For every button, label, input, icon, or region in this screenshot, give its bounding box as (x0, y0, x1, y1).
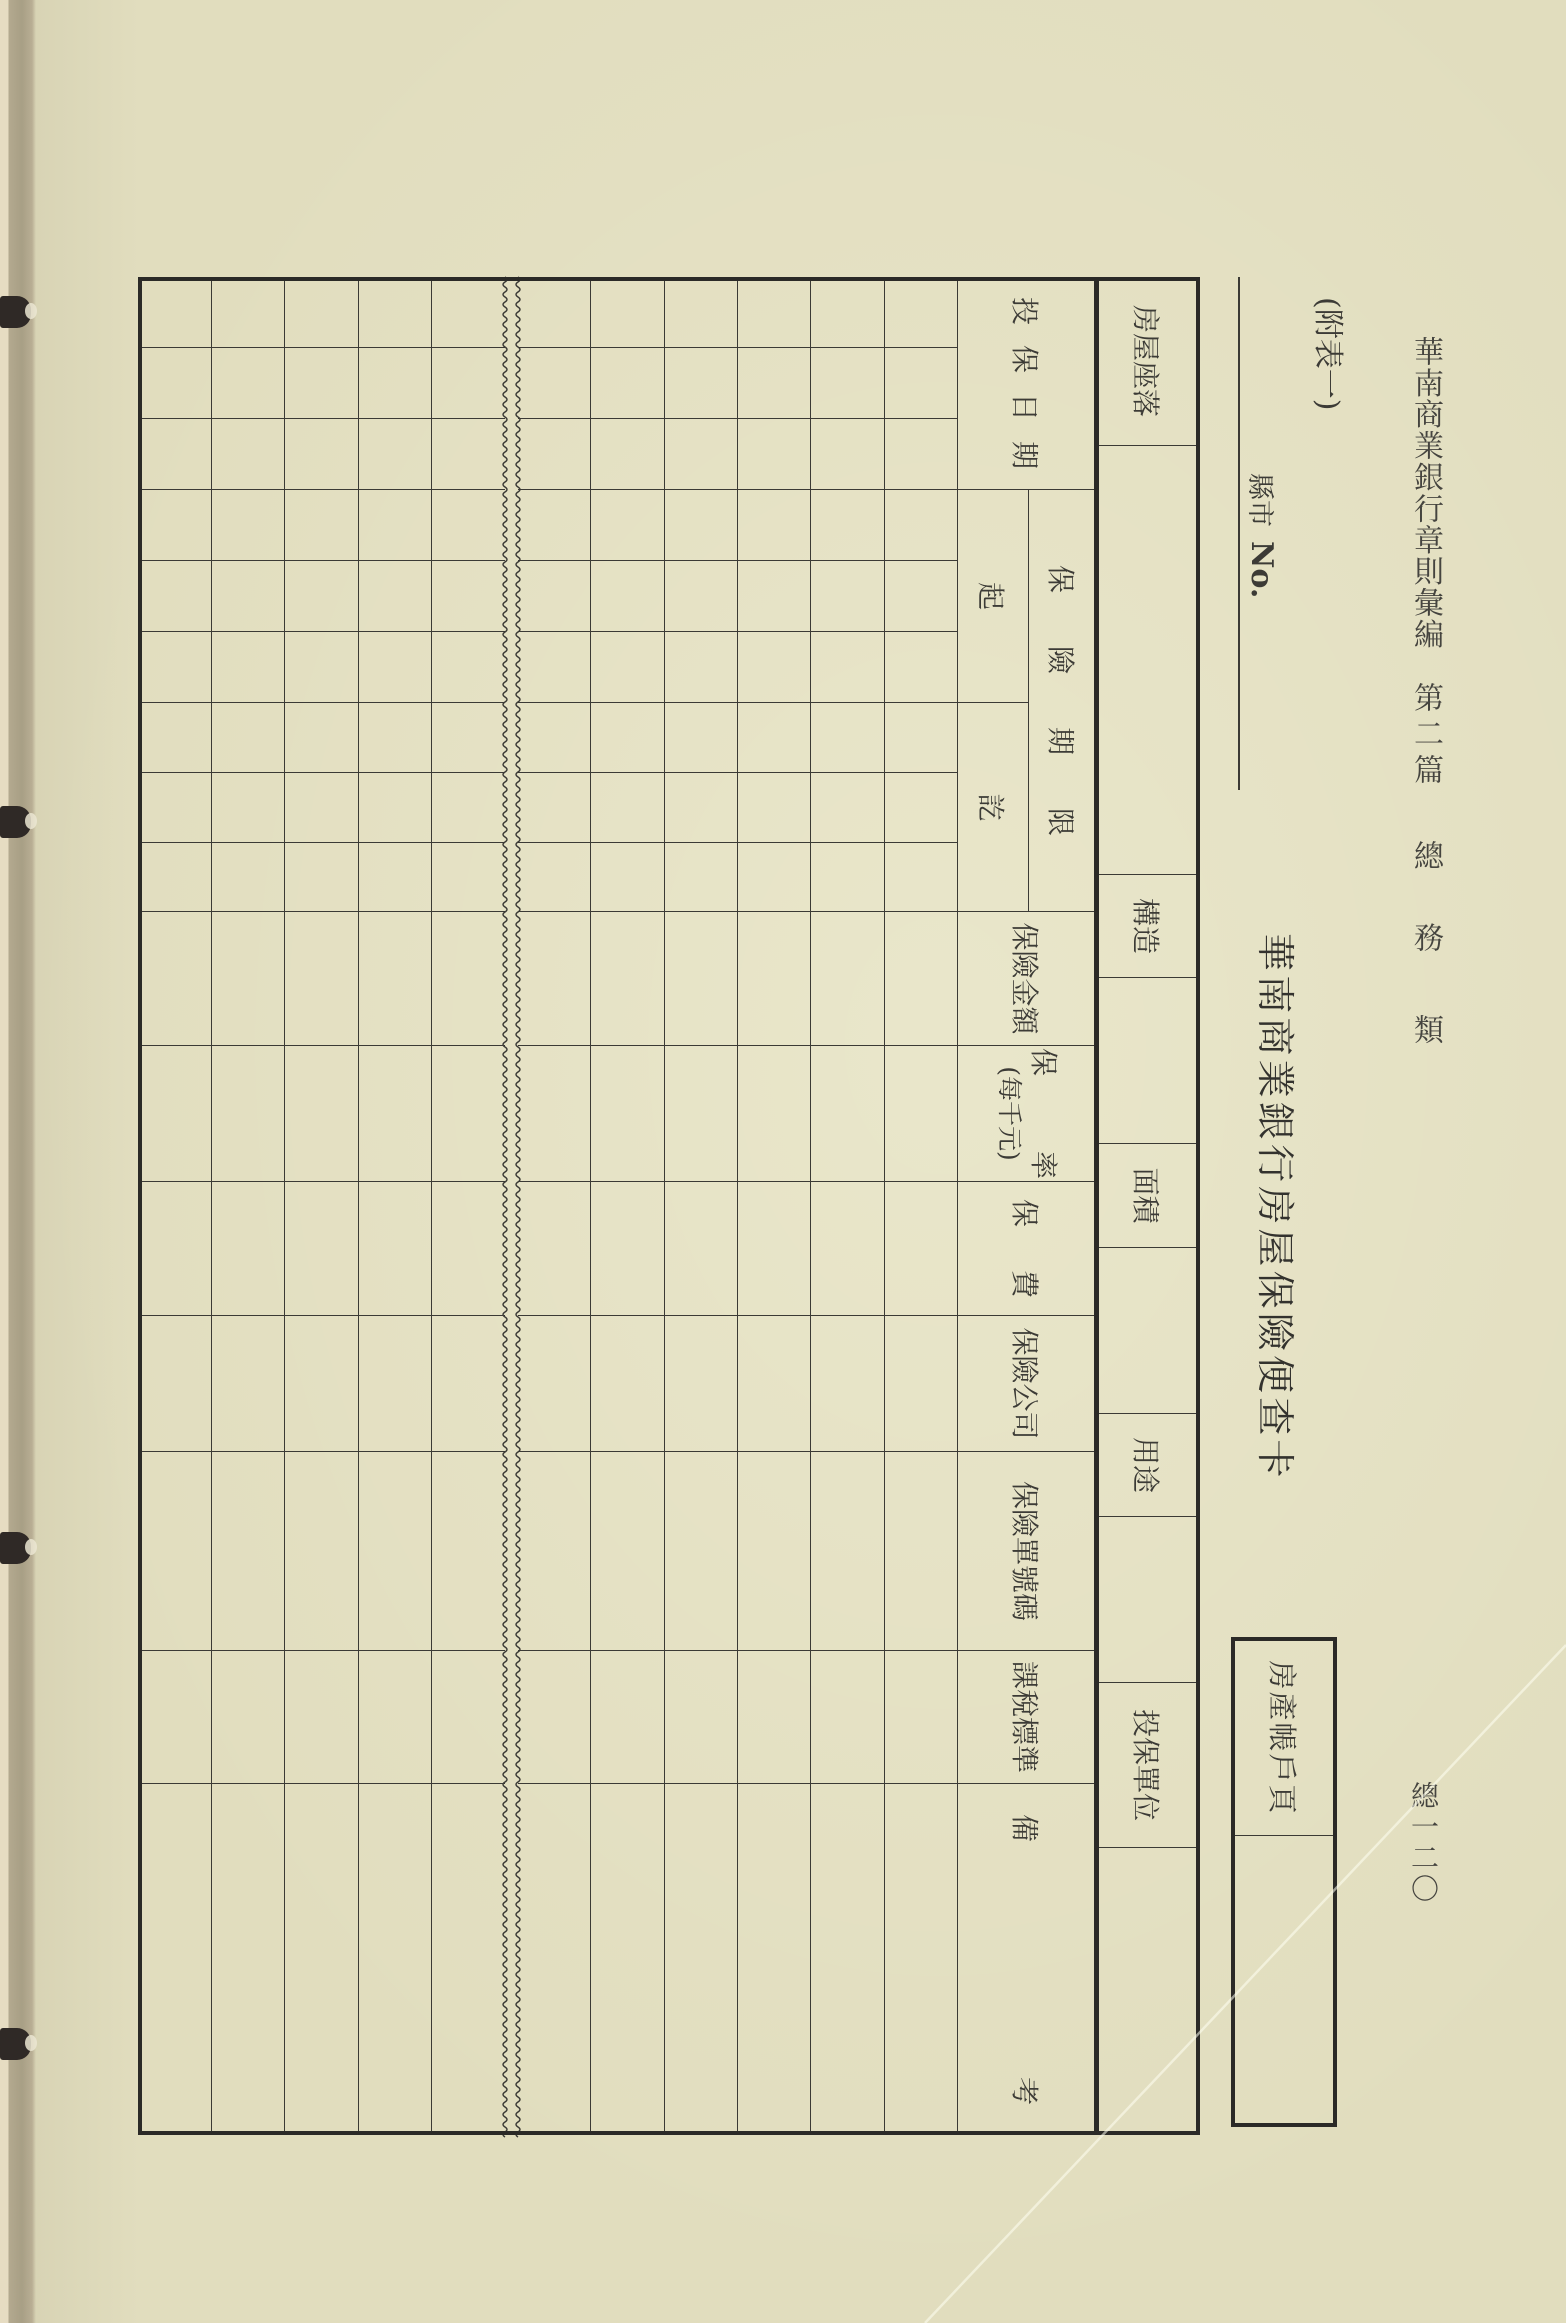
county-label: 縣市 (1242, 473, 1276, 527)
period-end-subcell (432, 773, 505, 843)
insure-date-subcell (212, 419, 285, 490)
period-start-subcell (432, 561, 505, 632)
period-start-subcell (811, 632, 883, 703)
header-period-label: 保險期限 (1042, 565, 1082, 836)
remarks-cell (885, 1784, 957, 2135)
policy-number-cell (885, 1452, 957, 1651)
period-start-subcell (665, 632, 737, 703)
header-premium: 保費 (958, 1182, 1095, 1316)
tax-basis-cell (811, 1651, 883, 1784)
period-end-subcell (738, 703, 810, 773)
period-start-subcell (738, 632, 810, 703)
policy-number-cell (285, 1452, 358, 1651)
insurer-cell (665, 1316, 737, 1452)
insure-date-subcell (591, 277, 663, 348)
blank-record-row (358, 277, 432, 2135)
tax-basis-cell (138, 1651, 211, 1784)
binding-thread (0, 1532, 31, 1564)
policy-number-cell (432, 1452, 505, 1651)
blank-record-row (664, 277, 737, 2135)
insurer-cell (738, 1316, 810, 1452)
rate-cell (432, 1046, 505, 1182)
period-end-subcell (432, 703, 505, 773)
period-end-subcell (811, 703, 883, 773)
period-end-subcell (285, 703, 358, 773)
period-end-subcell (518, 773, 590, 843)
header-remarks: 備考 (958, 1784, 1095, 2135)
period-end-subcell (665, 773, 737, 843)
period-end-subcell (738, 843, 810, 912)
insuring-unit-label: 投保單位 (1128, 1709, 1168, 1821)
policy-number-cell (591, 1452, 663, 1651)
period-start-subcell (212, 490, 285, 561)
insure-date-subcell (738, 419, 810, 490)
insure-date-subcell (138, 277, 211, 348)
period-start-subcell (138, 632, 211, 703)
period-end-subcell (591, 703, 663, 773)
period-start-subcell (738, 561, 810, 632)
blank-rows-below-break (138, 277, 505, 2135)
insurer-cell (212, 1316, 285, 1452)
period-start-subcell (285, 561, 358, 632)
period-end-subcell (212, 703, 285, 773)
rate-cell (285, 1046, 358, 1182)
insurer-cell (359, 1316, 432, 1452)
period-start-subcell (285, 490, 358, 561)
insure-date-subcell (138, 419, 211, 490)
insure-date-subcell (665, 419, 737, 490)
header-premium-label: 保費 (1007, 1182, 1047, 1315)
blank-record-row (590, 277, 663, 2135)
insure-date-subcell (285, 419, 358, 490)
period-end-subcell (738, 773, 810, 843)
rate-cell (138, 1046, 211, 1182)
running-header-category-char: 總 (1410, 840, 1440, 870)
insure-date-subcell (359, 348, 432, 419)
header-policy-number-label: 保險單號碼 (1007, 1481, 1047, 1621)
policy-number-cell (359, 1452, 432, 1651)
rate-cell (212, 1046, 285, 1182)
remarks-cell (432, 1784, 505, 2135)
tax-basis-cell (212, 1651, 285, 1784)
insured-amount-cell (212, 912, 285, 1046)
policy-number-cell (811, 1452, 883, 1651)
remarks-cell (591, 1784, 663, 2135)
period-start-subcell (432, 632, 505, 703)
tax-basis-cell (518, 1651, 590, 1784)
running-header-category-char: 務 (1410, 922, 1440, 952)
insure-date-subcell (212, 277, 285, 348)
insure-date-subcell (518, 348, 590, 419)
appendix-label: (附表一) (1309, 297, 1345, 410)
header-rate-unit: (每千元) (993, 1046, 1027, 1181)
form-table: 房屋座落 構造 面積 用途 投保單位 (138, 277, 1200, 2135)
county-number-underline (1238, 277, 1240, 790)
period-start-subcell (665, 490, 737, 561)
header-insurer-label: 保險公司 (1007, 1327, 1047, 1439)
header-period-start-cell: 起 (957, 490, 1028, 703)
period-start-subcell (591, 490, 663, 561)
period-start-subcell (518, 490, 590, 561)
location-label-cell: 房屋座落 (1095, 277, 1200, 446)
remarks-cell (285, 1784, 358, 2135)
insurer-cell (591, 1316, 663, 1452)
period-start-subcell (885, 632, 957, 703)
rate-cell (811, 1046, 883, 1182)
book-binding-edge (0, 0, 36, 2323)
remarks-cell (738, 1784, 810, 2135)
period-start-subcell (811, 561, 883, 632)
binding-thread (0, 2028, 31, 2060)
header-rate: 保率 (每千元) (958, 1046, 1095, 1182)
insure-date-subcell (811, 348, 883, 419)
property-info-row: 房屋座落 構造 面積 用途 投保單位 (1095, 277, 1200, 2135)
header-period-label-cell: 保險期限 (1028, 490, 1095, 911)
period-start-subcell (285, 632, 358, 703)
insured-amount-cell (591, 912, 663, 1046)
insuring-unit-label-cell: 投保單位 (1095, 1683, 1200, 1848)
period-start-subcell (518, 561, 590, 632)
insure-date-subcell (359, 277, 432, 348)
tax-basis-cell (885, 1651, 957, 1784)
period-end-subcell (811, 843, 883, 912)
insured-amount-cell (665, 912, 737, 1046)
premium-cell (285, 1182, 358, 1316)
period-end-subcell (591, 843, 663, 912)
insure-date-subcell (665, 277, 737, 348)
area-value-field (1095, 1248, 1200, 1414)
premium-cell (359, 1182, 432, 1316)
period-end-subcell (591, 773, 663, 843)
period-end-subcell (885, 703, 957, 773)
period-end-subcell (359, 703, 432, 773)
insure-date-subcell (885, 348, 957, 419)
property-ledger-page-value-field (1235, 1836, 1333, 2123)
premium-cell (885, 1182, 957, 1316)
period-start-subcell (212, 632, 285, 703)
usage-label: 用途 (1128, 1437, 1168, 1493)
usage-label-cell: 用途 (1095, 1414, 1200, 1517)
header-policy-number: 保險單號碼 (958, 1452, 1095, 1651)
running-header-category-char: 類 (1410, 1014, 1440, 1044)
insure-date-subcell (738, 348, 810, 419)
blank-record-row (810, 277, 883, 2135)
insured-amount-cell (359, 912, 432, 1046)
premium-cell (212, 1182, 285, 1316)
blank-record-row (737, 277, 810, 2135)
insure-date-subcell (432, 419, 505, 490)
header-period-start-label: 起 (973, 582, 1013, 610)
period-end-subcell (285, 843, 358, 912)
rate-cell (665, 1046, 737, 1182)
rate-cell (518, 1046, 590, 1182)
remarks-cell (518, 1784, 590, 2135)
period-end-subcell (885, 773, 957, 843)
period-start-subcell (665, 561, 737, 632)
premium-cell (811, 1182, 883, 1316)
remarks-cell (359, 1784, 432, 2135)
insure-date-subcell (885, 277, 957, 348)
column-header-row: 投保日期 保險期限 起 訖 保險金額 (957, 277, 1095, 2135)
period-end-subcell (138, 843, 211, 912)
period-start-subcell (591, 561, 663, 632)
period-start-subcell (432, 490, 505, 561)
period-end-subcell (665, 703, 737, 773)
policy-number-cell (738, 1452, 810, 1651)
insurance-record-card: (附表一) 華南商業銀行房屋保險便查卡 縣市 No. 房產帳戶頁 房屋座落 構造 (138, 277, 1350, 2135)
insure-date-subcell (212, 348, 285, 419)
insure-date-subcell (432, 348, 505, 419)
insure-date-subcell (665, 348, 737, 419)
period-start-subcell (738, 490, 810, 561)
insure-date-subcell (285, 348, 358, 419)
remarks-cell (138, 1784, 211, 2135)
wavy-break-line (516, 277, 520, 2137)
structure-label-cell: 構造 (1095, 875, 1200, 978)
insured-amount-cell (518, 912, 590, 1046)
header-insure-date: 投保日期 (958, 277, 1095, 490)
period-end-subcell (518, 703, 590, 773)
blank-record-row (431, 277, 505, 2135)
insured-amount-cell (738, 912, 810, 1046)
blank-rows-above-break (518, 277, 957, 2135)
blank-record-row (284, 277, 358, 2135)
period-start-subcell (885, 561, 957, 632)
insurer-cell (432, 1316, 505, 1452)
insure-date-subcell (518, 419, 590, 490)
premium-cell (665, 1182, 737, 1316)
structure-label: 構造 (1128, 898, 1168, 954)
property-ledger-page-label: 房產帳戶頁 (1235, 1641, 1333, 1836)
insured-amount-cell (811, 912, 883, 1046)
blank-record-row (138, 277, 211, 2135)
binding-thread (0, 806, 31, 838)
premium-cell (518, 1182, 590, 1316)
insurer-cell (885, 1316, 957, 1452)
premium-cell (591, 1182, 663, 1316)
insurer-cell (811, 1316, 883, 1452)
header-rate-label: 保率 (1027, 1046, 1061, 1181)
period-end-subcell (138, 773, 211, 843)
scanned-book-page: 華南商業銀行章則彙編 第二篇 總 務 類 總一二〇 (附表一) 華南商業銀行房屋… (0, 0, 1566, 2323)
rate-cell (591, 1046, 663, 1182)
insure-date-subcell (138, 348, 211, 419)
period-end-subcell (285, 773, 358, 843)
period-end-subcell (212, 773, 285, 843)
running-header-part: 第二篇 (1410, 682, 1440, 790)
rate-cell (885, 1046, 957, 1182)
blank-record-row (884, 277, 957, 2135)
period-start-subcell (518, 632, 590, 703)
insure-date-subcell (738, 277, 810, 348)
policy-number-cell (138, 1452, 211, 1651)
insure-date-subcell (285, 277, 358, 348)
running-header-book-title: 華南商業銀行章則彙編 (1410, 336, 1440, 650)
structure-value-field (1095, 978, 1200, 1144)
header-insurance-period: 保險期限 起 訖 (958, 490, 1095, 912)
insuring-unit-value-field (1095, 1848, 1200, 2135)
period-start-subcell (811, 490, 883, 561)
insure-date-subcell (811, 419, 883, 490)
period-start-subcell (591, 632, 663, 703)
insure-date-subcell (518, 277, 590, 348)
rate-cell (738, 1046, 810, 1182)
insure-date-subcell (591, 419, 663, 490)
insured-amount-cell (432, 912, 505, 1046)
thick-row-divider (1095, 277, 1100, 2135)
binding-thread (0, 296, 31, 328)
period-start-subcell (359, 632, 432, 703)
insured-amount-cell (285, 912, 358, 1046)
policy-number-cell (518, 1452, 590, 1651)
location-label: 房屋座落 (1128, 305, 1168, 417)
insure-date-subcell (359, 419, 432, 490)
header-period-end-cell: 訖 (957, 703, 1028, 912)
usage-value-field (1095, 1517, 1200, 1683)
period-end-subcell (518, 843, 590, 912)
page-number: 總一二〇 (1409, 1781, 1437, 1905)
tax-basis-cell (738, 1651, 810, 1784)
period-end-subcell (212, 843, 285, 912)
period-start-subcell (138, 561, 211, 632)
premium-cell (738, 1182, 810, 1316)
period-end-subcell (885, 843, 957, 912)
insured-amount-cell (138, 912, 211, 1046)
period-start-subcell (359, 490, 432, 561)
header-tax-basis-label: 課稅標準 (1007, 1661, 1047, 1773)
period-end-subcell (811, 773, 883, 843)
property-ledger-page-box: 房產帳戶頁 (1231, 1637, 1337, 2127)
area-label: 面積 (1128, 1167, 1168, 1223)
insure-date-subcell (432, 277, 505, 348)
period-start-subcell (359, 561, 432, 632)
insurer-cell (138, 1316, 211, 1452)
header-insured-amount-label: 保險金額 (1007, 922, 1047, 1034)
rate-cell (359, 1046, 432, 1182)
card-number-label: No. (1244, 541, 1278, 598)
period-start-subcell (212, 561, 285, 632)
period-end-subcell (359, 773, 432, 843)
location-value-field (1095, 446, 1200, 875)
header-rate-stack: 保率 (每千元) (993, 1046, 1061, 1181)
form-title: 華南商業銀行房屋保險便查卡 (1252, 933, 1298, 1482)
insurer-cell (518, 1316, 590, 1452)
tax-basis-cell (665, 1651, 737, 1784)
tax-basis-cell (359, 1651, 432, 1784)
tax-basis-cell (591, 1651, 663, 1784)
remarks-cell (212, 1784, 285, 2135)
area-label-cell: 面積 (1095, 1144, 1200, 1248)
period-start-subcell (885, 490, 957, 561)
header-remarks-label: 備考 (1007, 1784, 1047, 2135)
header-insured-amount: 保險金額 (958, 912, 1095, 1046)
insured-amount-cell (885, 912, 957, 1046)
tax-basis-cell (285, 1651, 358, 1784)
policy-number-cell (212, 1452, 285, 1651)
insurer-cell (285, 1316, 358, 1452)
tax-basis-cell (432, 1651, 505, 1784)
period-end-subcell (432, 843, 505, 912)
insure-date-subcell (591, 348, 663, 419)
blank-record-row (518, 277, 590, 2135)
period-end-subcell (359, 843, 432, 912)
remarks-cell (665, 1784, 737, 2135)
policy-number-cell (665, 1452, 737, 1651)
insure-date-subcell (811, 277, 883, 348)
premium-cell (432, 1182, 505, 1316)
header-insure-date-label: 投保日期 (1007, 277, 1047, 489)
header-insurer: 保險公司 (958, 1316, 1095, 1452)
period-end-subcell (665, 843, 737, 912)
period-end-subcell (138, 703, 211, 773)
blank-record-row (211, 277, 285, 2135)
header-tax-basis: 課稅標準 (958, 1651, 1095, 1784)
insure-date-subcell (885, 419, 957, 490)
premium-cell (138, 1182, 211, 1316)
period-start-subcell (138, 490, 211, 561)
remarks-cell (811, 1784, 883, 2135)
header-period-end-label: 訖 (973, 793, 1013, 821)
